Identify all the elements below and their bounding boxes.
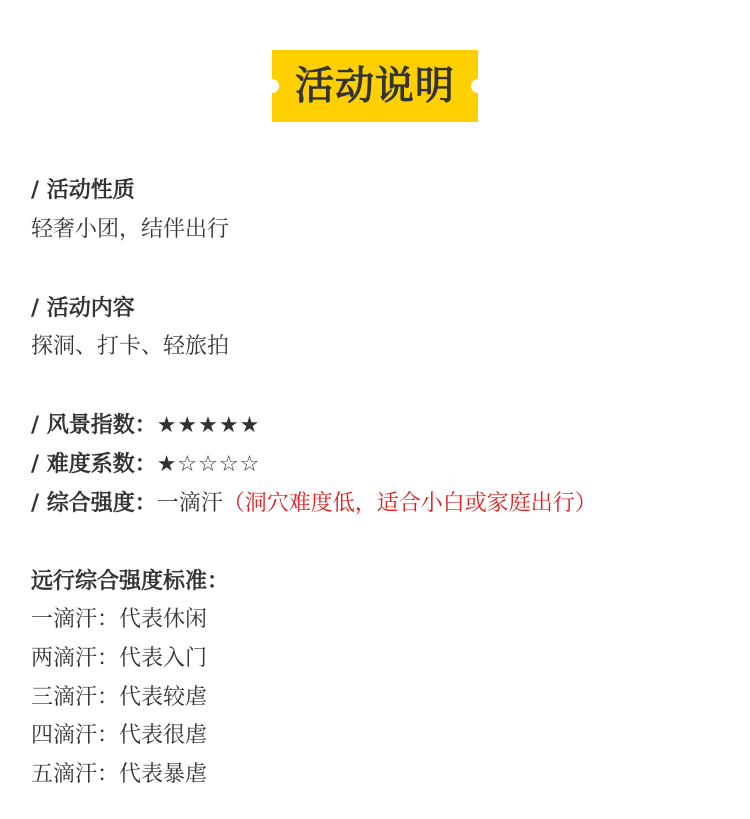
intensity-row: / 综合强度：一滴汗（洞穴难度低，适合小白或家庭出行）	[31, 489, 597, 519]
intensity-label: / 综合强度：	[31, 491, 157, 516]
standard-item-5: 五滴汗：代表暴虐	[31, 760, 207, 790]
difficulty-rating-row: / 难度系数：★☆☆☆☆	[31, 450, 260, 480]
ticket-notch-left	[265, 79, 279, 93]
content-heading: / 活动内容	[31, 294, 135, 324]
difficulty-label: / 难度系数：	[31, 452, 157, 477]
scenery-stars-icon: ★★★★★	[157, 413, 261, 438]
page-title: 活动说明	[295, 67, 455, 106]
standard-item-1: 一滴汗：代表休闲	[31, 605, 207, 635]
intensity-note: （洞穴难度低，适合小白或家庭出行）	[223, 491, 597, 516]
nature-heading: / 活动性质	[31, 176, 135, 206]
ticket-notch-right	[471, 79, 485, 93]
difficulty-stars-icon: ★☆☆☆☆	[157, 452, 261, 477]
scenery-rating-row: / 风景指数：★★★★★	[31, 411, 260, 441]
ticket-badge: 活动说明	[272, 50, 478, 122]
scenery-label: / 风景指数：	[31, 413, 157, 438]
intensity-value: 一滴汗	[157, 491, 223, 516]
standard-item-4: 四滴汗：代表很虐	[31, 721, 207, 751]
nature-text: 轻奢小团，结伴出行	[31, 215, 229, 245]
standard-item-2: 两滴汗：代表入门	[31, 644, 207, 674]
standards-heading: 远行综合强度标准：	[31, 567, 229, 597]
title-badge: 活动说明	[272, 50, 478, 122]
standard-item-3: 三滴汗：代表较虐	[31, 683, 207, 713]
content-text: 探洞、打卡、轻旅拍	[31, 332, 229, 362]
